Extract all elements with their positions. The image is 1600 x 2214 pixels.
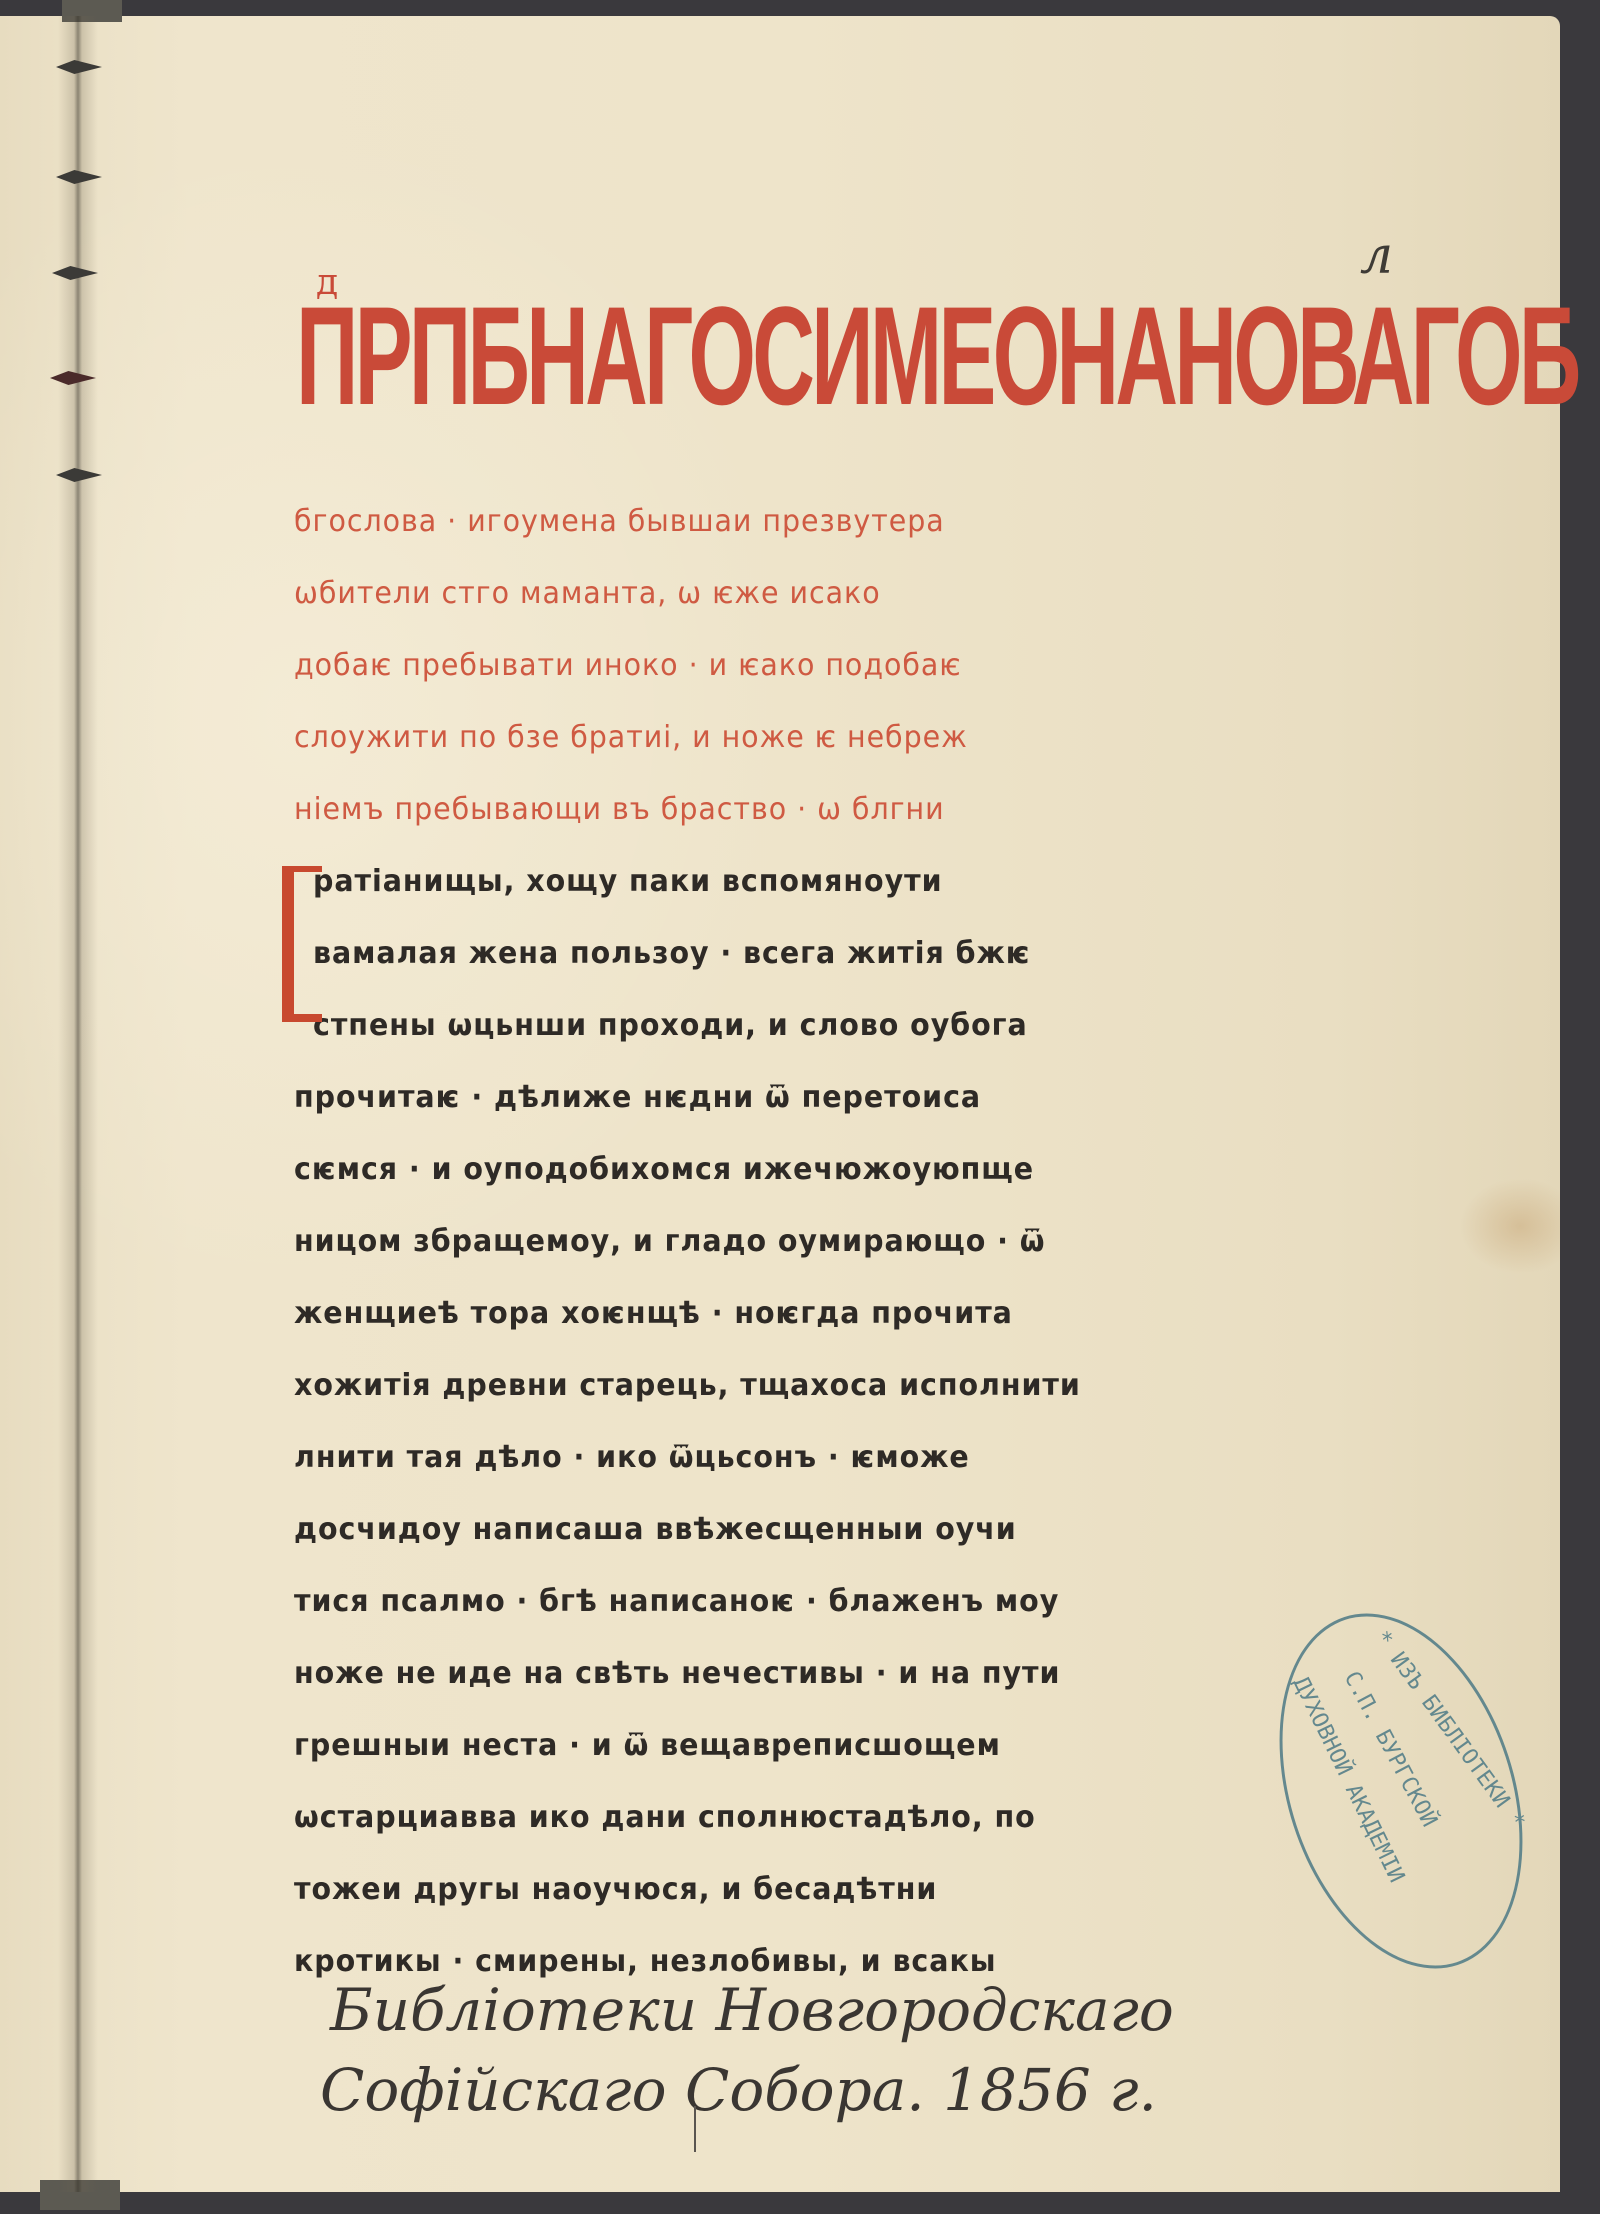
rubric-title: ПРПБНАГОСИМЕОНАНОВАГОБ [296, 278, 1156, 434]
rubric-line: нiемъ пребывающи въ браство · ѡ блгни [294, 774, 1206, 846]
body-line: стпены ѡцьнши проходи, и слово оубога [294, 990, 1206, 1062]
body-line: ѡстарциавва ико дани сполнюстадѣло, по [294, 1782, 1206, 1854]
body-line: прочитаѥ · дѣлиже нѥдни ѿ перетоиса [294, 1062, 1206, 1134]
text-block: бгослова · игоумена бывшаи презвутера ѡб… [294, 486, 1254, 1998]
rubric-line: ѡбители стго мамантa, ѡ ѥже исако [294, 558, 1206, 630]
body-line: вамалая жена пользоу · всега житiя бжѥ [294, 918, 1206, 990]
body-line: тожеи другы наоучюся, и бесадѣтни [294, 1854, 1206, 1926]
library-stamp: * ИЗЪ БИБЛIОТЕКИ * С.П. БУРГСКОЙ ДУХОВНО… [1237, 1582, 1565, 2000]
gutter-fold [58, 16, 98, 2192]
body-line: ноже не иде на свѣть нечестивы · и на пу… [294, 1638, 1206, 1710]
rubric-line: бгослова · игоумена бывшаи презвутера [294, 486, 1206, 558]
body-line: хожитiя древни старець, тщахоса исполнит… [294, 1350, 1206, 1422]
body-line: лнити тая дѣло · ико ѿцьсонъ · ѥможе [294, 1422, 1206, 1494]
marginal-note-line1: Библiотеки Новгородскаго [330, 1976, 1174, 2044]
manuscript-page: л д ПРПБНАГОСИМЕОНАНОВАГОБ бгослова · иг… [0, 16, 1560, 2192]
illuminated-initial: Б [282, 866, 322, 1022]
rubric-line: добаѥ пребывати иноко · и ѥако подобаѥ [294, 630, 1206, 702]
body-line: сѥмся · и оуподобихомся ижечюжоуюпще [294, 1134, 1206, 1206]
body-line: ницом збращемоу, и гладо оумирающо · ѿ [294, 1206, 1206, 1278]
marginal-note-line2: Софiйскаго Собора. 1856 г. [320, 2056, 1157, 2124]
body-line: тися псалмо · бгѣ написаноѥ · блаженъ мо… [294, 1566, 1206, 1638]
rubric-line: слоужити по бзе братиi, и ноже ѥ небреж [294, 702, 1206, 774]
body-line: грешныи неста · и ѿ вещавреписшощем [294, 1710, 1206, 1782]
title-ligature-text: ПРПБНАГОСИМЕОНАНОВАГОБ [296, 278, 1578, 434]
body-line: женщиеѣ тора хоѥнщѣ · ноѥгда прочитa [294, 1278, 1206, 1350]
body-line: досчидоу написаша ввѣжесщенныи оучи [294, 1494, 1206, 1566]
stamp-line: ДУХОВНОЙ АКАДЕМIИ [1288, 1673, 1409, 1886]
ink-tick-mark [694, 2106, 696, 2152]
body-line: ратiанищы, хощу паки вспомяноути [294, 846, 1206, 918]
